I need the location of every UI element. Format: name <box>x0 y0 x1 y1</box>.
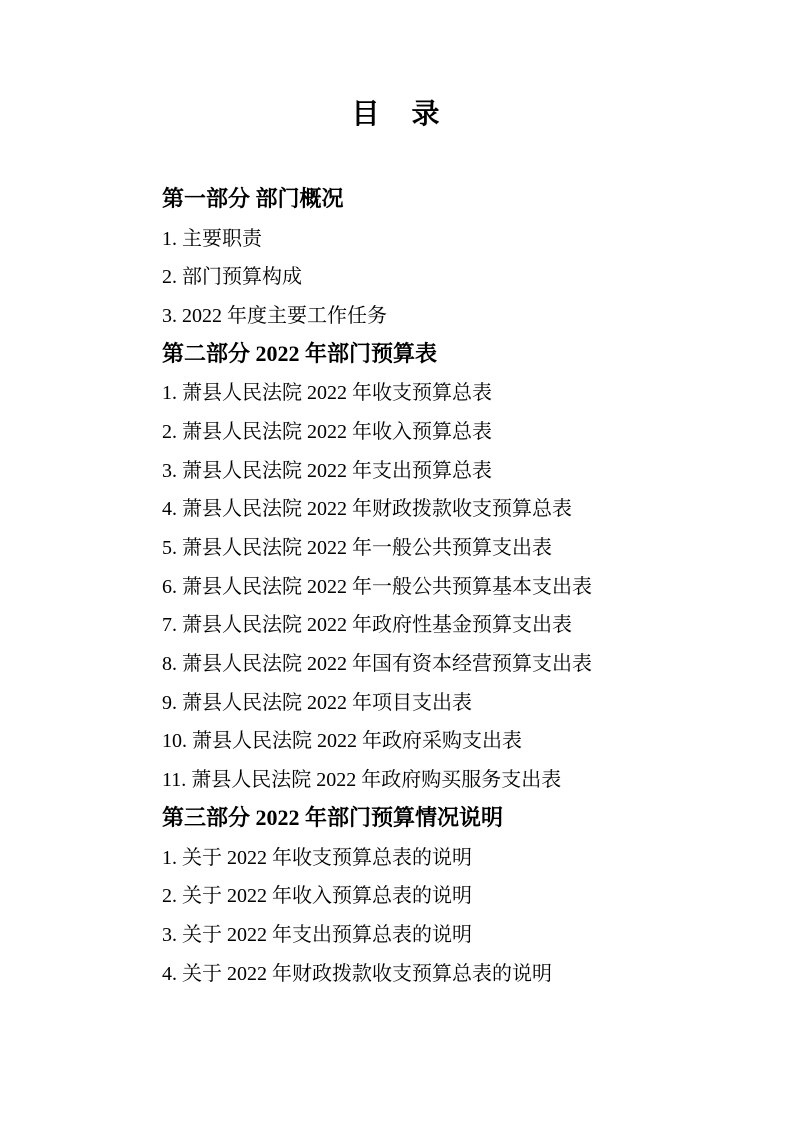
toc-item: 2. 部门预算构成 <box>162 255 793 294</box>
toc-item: 2. 关于 2022 年收入预算总表的说明 <box>162 874 793 913</box>
toc-item: 3. 关于 2022 年支出预算总表的说明 <box>162 913 793 952</box>
document-page: 目 录 第一部分 部门概况1. 主要职责2. 部门预算构成3. 2022 年度主… <box>0 0 793 1122</box>
toc-item: 1. 关于 2022 年收支预算总表的说明 <box>162 836 793 875</box>
toc-section-heading: 第一部分 部门概况 <box>162 178 793 217</box>
toc-item: 4. 萧县人民法院 2022 年财政拨款收支预算总表 <box>162 488 793 527</box>
toc-item: 1. 萧县人民法院 2022 年收支预算总表 <box>162 371 793 410</box>
table-of-contents: 第一部分 部门概况1. 主要职责2. 部门预算构成3. 2022 年度主要工作任… <box>162 178 793 990</box>
toc-item: 8. 萧县人民法院 2022 年国有资本经营预算支出表 <box>162 642 793 681</box>
toc-item: 4. 关于 2022 年财政拨款收支预算总表的说明 <box>162 952 793 991</box>
toc-item: 10. 萧县人民法院 2022 年政府采购支出表 <box>162 720 793 759</box>
toc-section-heading: 第三部分 2022 年部门预算情况说明 <box>162 797 793 836</box>
page-title: 目 录 <box>0 0 793 130</box>
toc-item: 6. 萧县人民法院 2022 年一般公共预算基本支出表 <box>162 565 793 604</box>
toc-section-heading: 第二部分 2022 年部门预算表 <box>162 333 793 372</box>
toc-item: 3. 2022 年度主要工作任务 <box>162 294 793 333</box>
toc-item: 2. 萧县人民法院 2022 年收入预算总表 <box>162 410 793 449</box>
toc-item: 3. 萧县人民法院 2022 年支出预算总表 <box>162 449 793 488</box>
toc-item: 5. 萧县人民法院 2022 年一般公共预算支出表 <box>162 526 793 565</box>
toc-item: 7. 萧县人民法院 2022 年政府性基金预算支出表 <box>162 604 793 643</box>
toc-item: 9. 萧县人民法院 2022 年项目支出表 <box>162 681 793 720</box>
toc-item: 11. 萧县人民法院 2022 年政府购买服务支出表 <box>162 758 793 797</box>
toc-item: 1. 主要职责 <box>162 217 793 256</box>
